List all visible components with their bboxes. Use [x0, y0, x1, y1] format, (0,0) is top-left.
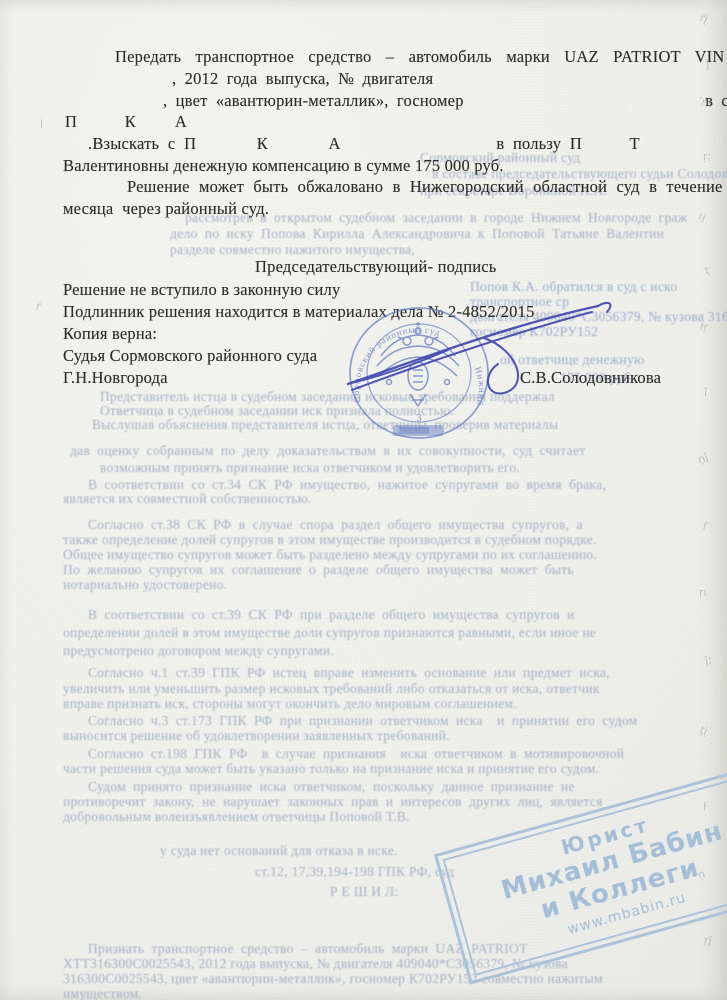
scan-artifact: ţį: [698, 723, 709, 738]
scan-artifact: ſ: [701, 520, 708, 534]
ghost-text-line: Согласно ч.3 ст.173 ГПК РФ при признании…: [88, 713, 638, 729]
document-line: Решение может быть обжаловано в Нижегоро…: [127, 177, 723, 197]
ghost-text-line: разделе совместно нажитого имущества,: [170, 242, 415, 258]
ghost-text-line: Р Е Ш И Л:: [330, 884, 399, 900]
ghost-text-line: дав оценку собранным по делу доказательс…: [70, 443, 585, 459]
ghost-text-line: Согласно ст.198 ГПК РФ в случае признани…: [88, 746, 624, 762]
ghost-text-line: добровольным волеизъявлением ответчицы П…: [63, 809, 410, 825]
scanned-court-document-page: Сормовский районный судв составе председ…: [0, 0, 727, 1000]
ghost-text-line: Согласно ч.1 ст.39 ГПК РФ истец вправе и…: [88, 665, 610, 681]
ghost-text-line: также определение долей супругов в этом …: [63, 532, 597, 548]
stamp-code-band-inner: [399, 427, 429, 434]
document-line: Решение не вступило в законную силу: [63, 280, 340, 300]
scan-artifact: ŀ: [703, 800, 707, 813]
ghost-text-line: определении долей в этом имуществе доли …: [63, 625, 596, 641]
scan-artifact: ņĵ: [696, 451, 710, 467]
ghost-text-line: Согласно ст.38 СК РФ в случае спора разд…: [88, 517, 583, 533]
ghost-text-line: 316300С0025543, цвет «авантюрин-металлик…: [63, 971, 603, 987]
scan-artifact: ĵ;: [704, 654, 713, 668]
document-line: Г.Н.Новгорода: [63, 368, 168, 388]
ghost-text-line: нотариально удостоверено.: [63, 577, 227, 593]
ghost-text-line: Общее имущество супругов может быть разд…: [63, 547, 597, 563]
scan-artifact: ŀŗ: [699, 319, 709, 333]
scan-artifact: ŗι: [699, 586, 707, 599]
ghost-text-line: вправе признать иск, стороны могут оконч…: [63, 696, 517, 712]
ghost-text-line: предусмотрено договором между супругами.: [63, 643, 334, 659]
scan-artifact: ιį: [697, 209, 709, 224]
ghost-text-line: части решения суда может быть указано то…: [63, 761, 599, 777]
judge-signature: [336, 292, 636, 412]
scan-artifact: ì: [40, 118, 43, 131]
document-line: Передать транспортное средство – автомоб…: [115, 47, 725, 67]
scan-artifact: ŗ;: [703, 150, 711, 163]
ghost-text-line: Судом принято признание иска ответчиком,…: [88, 779, 575, 795]
ghost-text-line: у суда нет оснований для отказа в иске.: [160, 843, 398, 859]
document-line: .Взыскать с П К А в пользу П Т: [88, 134, 640, 154]
document-line: месяца через районный суд.: [63, 199, 269, 219]
scan-artifact: ŗĵ: [703, 933, 713, 947]
ghost-text-line: противоречит закону, не нарушает законны…: [63, 794, 603, 810]
document-line: Председательствующий- подпись: [255, 257, 497, 277]
document-line: П К А: [65, 112, 187, 132]
ghost-text-line: По желанию супругов их соглашение о разд…: [63, 562, 574, 578]
stamp-number: 3: [417, 413, 422, 424]
document-line: Валентиновны денежную компенсацию в сумм…: [63, 156, 504, 176]
document-line: , 2012 года выпуска, № двигателя , № куз…: [172, 69, 727, 89]
ghost-text-line: дело по иску Попова Кирилла Александрови…: [170, 226, 664, 242]
document-line: Копия верна:: [63, 324, 157, 344]
ghost-text-line: имуществом.: [63, 986, 142, 1000]
scan-artifact: ţ: [703, 264, 711, 278]
scan-artifact: ĩ: [704, 386, 707, 399]
document-line: Судья Сормовского районного суда: [63, 346, 317, 366]
document-line: , цвет «авантюрин-металлик», госномер в …: [163, 91, 727, 111]
scan-artifact: ŕ: [35, 300, 42, 314]
ghost-text-line: выносится решение об удовлетворении заяв…: [63, 728, 450, 744]
ghost-text-line: В соответствии со ст.39 СК РФ при раздел…: [88, 607, 575, 623]
ghost-text-line: является их совместной собственностью.: [63, 491, 312, 507]
scan-artifact: ŕį: [698, 11, 710, 26]
ghost-text-line: возможным принять признание иска ответчи…: [100, 460, 520, 476]
ghost-text-line: увеличить или уменьшить размер исковых т…: [63, 681, 600, 697]
ghost-text-line: ст.12, 17,39,194-198 ГПК РФ, суд: [255, 864, 454, 880]
